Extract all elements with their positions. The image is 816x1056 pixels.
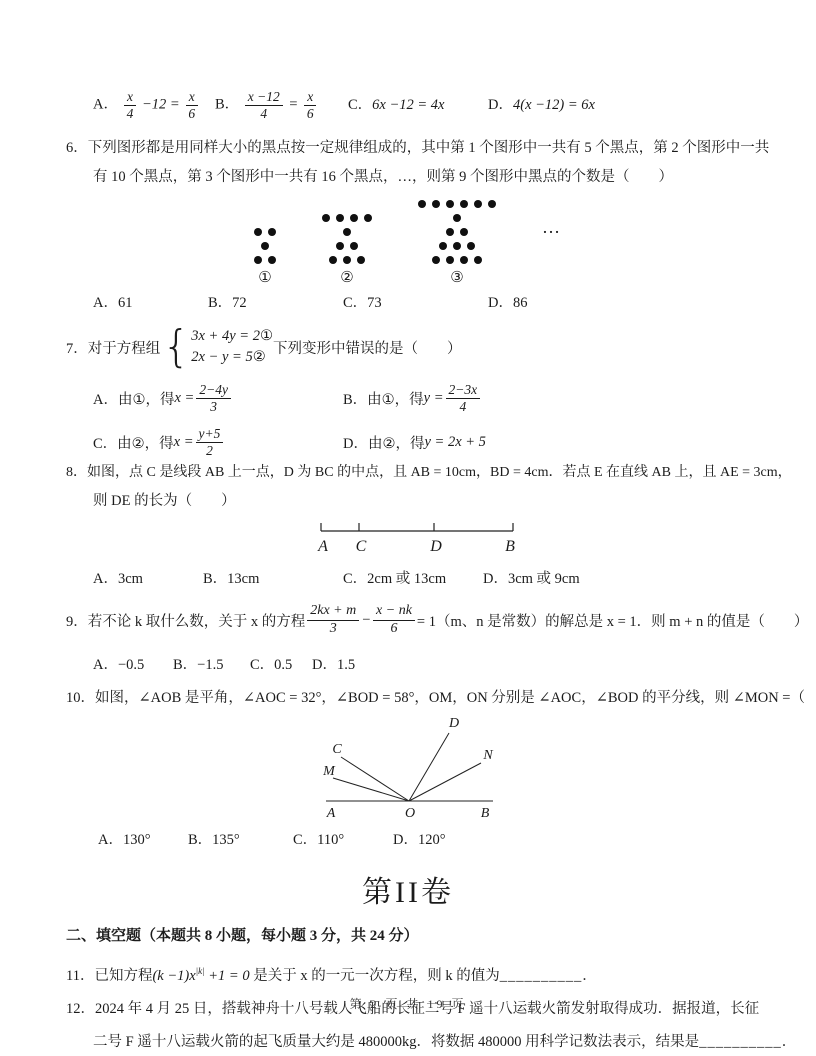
dot: [467, 242, 475, 250]
point-label-b: B: [481, 806, 490, 821]
option-label: C．由②，得: [93, 432, 174, 453]
formula-var: x =: [174, 390, 194, 407]
dot: [474, 200, 482, 208]
dot: [322, 214, 330, 222]
point-label-a: A: [326, 806, 336, 821]
dot-figure-label: ①: [258, 271, 271, 286]
option-label: B．由①，得: [343, 388, 424, 409]
dot-figure: ②: [322, 214, 372, 286]
dot-row: [432, 256, 482, 264]
dot-row: [439, 242, 475, 250]
formula-var: x =: [174, 434, 194, 451]
q9-post: = 1（m、n 是常数）的解总是 x = 1．则 m + n 的值是（ ）: [417, 610, 808, 631]
q11-end: ．: [582, 968, 597, 984]
volume-title: 第II卷: [66, 867, 750, 911]
fraction: 2kx + m3: [307, 603, 359, 636]
formula: 4(x −12) = 6x: [513, 97, 595, 113]
angle-figure: A O B M C D N: [323, 713, 503, 821]
option-label: A．: [93, 96, 118, 112]
q8-text-line1: 8．如图，点 C 是线段 AB 上一点，D 为 BC 的中点，且 AB = 10…: [66, 458, 750, 487]
q11-post: 是关于 x 的一元一次方程，则 k 的值为: [253, 968, 500, 984]
dot: [254, 256, 262, 264]
q10-figure-wrap: A O B M C D N: [66, 713, 750, 821]
q6-option-a: A．61: [93, 290, 208, 316]
q11-pre: 11．已知方程: [66, 968, 152, 984]
q6-option-b: B．72: [208, 290, 343, 316]
point-label-a: A: [317, 538, 328, 555]
q5-options-row: A． x4 −12 = x6 B． x −124 = x6 C．6x −12 =…: [66, 82, 750, 128]
point-label-o: O: [405, 806, 415, 821]
q7-option-b: B．由①，得 y = 2−3x4: [343, 382, 750, 414]
dot: [364, 214, 372, 222]
q9-option-b: B．−1.5: [173, 652, 250, 678]
q6-options-row: A．61 B．72 C．73 D．86: [66, 290, 750, 316]
q7-option-a: A．由①，得 x = 2−4y3: [93, 382, 343, 414]
q7-suffix: 下列变形中错误的是（ ）: [273, 337, 462, 358]
dot-row: [261, 242, 269, 250]
q11-text: 11．已知方程(k −1)x|k| +1 = 0 是关于 x 的一元一次方程，则…: [66, 955, 750, 993]
exam-page: A． x4 −12 = x6 B． x −124 = x6 C．6x −12 =…: [0, 0, 816, 1056]
dot: [460, 256, 468, 264]
equation-2: 2x − y = 5②: [191, 347, 273, 368]
q8-option-a: A．3cm: [93, 566, 203, 592]
dot: [432, 256, 440, 264]
q6-dot-figures: ①②③ …: [66, 194, 750, 286]
q12-text-line2: 二号 F 遥十八运载火箭的起飞质量大约是 480000kg．将数据 480000…: [66, 1026, 750, 1056]
dot: [453, 214, 461, 222]
dot: [446, 228, 454, 236]
formula-mid: −12 =: [142, 96, 180, 112]
point-label-d: D: [448, 716, 459, 731]
q7-prefix: 7．对于方程组: [66, 337, 160, 358]
option-label: C．: [348, 97, 372, 113]
option-label: D．: [488, 97, 513, 113]
dot: [460, 200, 468, 208]
dot: [432, 200, 440, 208]
system-brace: {: [162, 325, 190, 369]
dot: [350, 242, 358, 250]
formula-base: (k −1)x: [152, 968, 195, 984]
q5-option-a: A． x4 −12 = x6: [93, 89, 215, 121]
section2-header: 二、填空题（本题共 8 小题，每小题 3 分，共 24 分）: [66, 921, 750, 951]
q8-figure-wrap: A C D B: [66, 516, 750, 560]
formula-mid: +1 = 0: [205, 968, 254, 984]
q6-option-c: C．73: [343, 290, 488, 316]
formula-mid: =: [288, 96, 298, 112]
dot: [254, 228, 262, 236]
dot-row: [254, 256, 276, 264]
fraction: x6: [304, 89, 317, 121]
point-label-d: D: [429, 538, 442, 555]
option-label: A．由①，得: [93, 388, 174, 409]
q6-option-d: D．86: [488, 290, 527, 316]
q5-option-d: D．4(x −12) = 6x: [488, 92, 595, 118]
dot: [446, 256, 454, 264]
q9-stem: 9．若不论 k 取什么数，关于 x 的方程 2kx + m3 − x − nk6…: [66, 596, 750, 644]
point-label-n: N: [482, 748, 493, 763]
point-label-c: C: [356, 538, 367, 555]
dot-row: [329, 256, 365, 264]
dot: [446, 200, 454, 208]
dot: [268, 228, 276, 236]
dot-row: [336, 242, 358, 250]
dot: [357, 256, 365, 264]
segment-figure: A C D B: [317, 520, 517, 558]
q8-options-row: A．3cm B．13cm C．2cm 或 13cm D．3cm 或 9cm: [66, 566, 750, 592]
q9-options-row: A．−0.5 B．−1.5 C．0.5 D．1.5: [66, 652, 750, 678]
fraction: x −124: [245, 89, 283, 121]
answer-blank: __________: [699, 1034, 782, 1050]
fraction: 2−4y3: [196, 382, 231, 414]
q6-text-line1: 6．下列图形都是用同样大小的黑点按一定规律组成的，其中第 1 个图形中一共有 5…: [66, 134, 750, 163]
q10-text: 10．如图，∠AOB 是平角，∠AOC = 32°，∠BOD = 58°，OM，…: [66, 684, 750, 713]
dot: [439, 242, 447, 250]
q12-line2-pre: 二号 F 遥十八运载火箭的起飞质量大约是 480000kg．将数据 480000…: [93, 1034, 699, 1050]
dot: [343, 256, 351, 264]
formula: y = 2x + 5: [424, 434, 485, 451]
q7-option-d: D．由②，得 y = 2x + 5: [343, 426, 750, 458]
dot: [474, 256, 482, 264]
formula: 6x −12 = 4x: [372, 97, 444, 113]
dot-row: [453, 214, 461, 222]
dot-figure-label: ②: [340, 271, 353, 286]
q5-option-c: C．6x −12 = 4x: [348, 92, 488, 118]
q5-option-b: B． x −124 = x6: [215, 89, 348, 121]
formula-exponent: |k|: [196, 966, 205, 976]
q9-option-a: A．−0.5: [93, 652, 173, 678]
q9-option-c: C．0.5: [250, 652, 312, 678]
dot: [488, 200, 496, 208]
point-label-b: B: [505, 538, 515, 555]
q10-option-b: B．135°: [188, 827, 293, 853]
dot: [460, 228, 468, 236]
q8-option-b: B．13cm: [203, 566, 343, 592]
q8-option-c: C．2cm 或 13cm: [343, 566, 483, 592]
ellipsis: …: [542, 217, 562, 238]
dot: [350, 214, 358, 222]
fraction: x6: [185, 89, 198, 121]
dot-figure: ①: [254, 228, 276, 286]
fraction: y+52: [196, 426, 224, 458]
q10-options-row: A．130° B．135° C．110° D．120°: [66, 827, 750, 853]
q7-stem: 7．对于方程组 { 3x + 4y = 2① 2x − y = 5② 下列变形中…: [66, 320, 750, 374]
dot: [418, 200, 426, 208]
dot: [336, 242, 344, 250]
dot-figure-label: ③: [450, 271, 463, 286]
q9-pre: 9．若不论 k 取什么数，关于 x 的方程: [66, 610, 305, 631]
dot: [261, 242, 269, 250]
point-label-c: C: [332, 742, 342, 757]
fraction: 2−3x4: [446, 382, 481, 414]
equation-system: 3x + 4y = 2① 2x − y = 5②: [191, 326, 273, 368]
fraction: x − nk6: [373, 603, 415, 636]
point-label-m: M: [323, 764, 336, 779]
dot: [453, 242, 461, 250]
page-content: A． x4 −12 = x6 B． x −124 = x6 C．6x −12 =…: [0, 0, 816, 1056]
q10-option-c: C．110°: [293, 827, 393, 853]
fraction: x4: [124, 89, 137, 121]
dot: [268, 256, 276, 264]
dot: [336, 214, 344, 222]
answer-blank: __________: [500, 968, 583, 984]
dot-row: [343, 228, 351, 236]
q7-options-grid: A．由①，得 x = 2−4y3 B．由①，得 y = 2−3x4 C．由②，得…: [66, 382, 750, 458]
dot-row: [254, 228, 276, 236]
q10-option-a: A．130°: [98, 827, 188, 853]
page-footer: 第 2 页 共 19 页: [0, 995, 816, 1012]
option-label: B．: [215, 96, 239, 112]
minus-sign: −: [361, 612, 371, 629]
dot: [329, 256, 337, 264]
equation-1: 3x + 4y = 2①: [191, 326, 273, 347]
option-label: D．由②，得: [343, 432, 424, 453]
q10-option-d: D．120°: [393, 827, 446, 853]
dot-figure: ③: [418, 200, 496, 286]
q12-end: ．: [782, 1034, 797, 1050]
q8-text-line2: 则 DE 的长为（ ）: [66, 487, 750, 516]
q6-text-line2: 有 10 个黑点，第 3 个图形中一共有 16 个黑点，…，则第 9 个图形中黑…: [66, 163, 750, 192]
dot-row: [446, 228, 468, 236]
q8-option-d: D．3cm 或 9cm: [483, 566, 580, 592]
formula-var: y =: [424, 390, 444, 407]
q9-option-d: D．1.5: [312, 652, 355, 678]
dot: [343, 228, 351, 236]
dot-row: [418, 200, 496, 208]
dot-row: [322, 214, 372, 222]
q7-option-c: C．由②，得 x = y+52: [93, 426, 343, 458]
